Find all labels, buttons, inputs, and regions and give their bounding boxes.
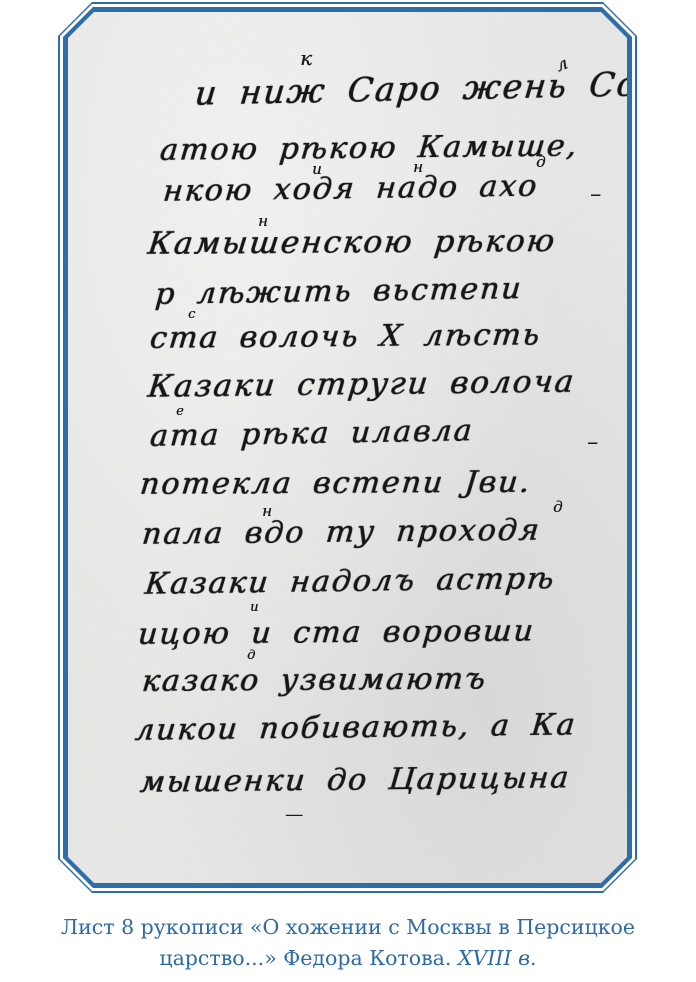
flourish-underline: — — [285, 804, 303, 825]
frame-gap: и ниж Саро жень Сожл атою рѣкою Камыше, … — [60, 4, 635, 891]
manuscript-line: атою рѣкою Камыше, — [158, 129, 579, 168]
margin-dash: – — [587, 430, 598, 455]
caption: Лист 8 рукописи «О хожении с Москвы в Пе… — [0, 912, 696, 974]
caption-era-italic: XVIII в. — [458, 946, 537, 970]
superscript-mark: с — [188, 307, 195, 322]
manuscript-line: пала вдо ту проходя — [140, 513, 542, 552]
manuscript-line: Казаки струги волоча — [146, 364, 577, 405]
page: и ниж Саро жень Сожл атою рѣкою Камыше, … — [0, 0, 696, 982]
superscript-mark: н — [258, 212, 268, 230]
superscript-mark: е — [176, 404, 184, 419]
manuscript-photo-frame: и ниж Саро жень Сожл атою рѣкою Камыше, … — [58, 2, 637, 893]
superscript-mark: и — [312, 160, 322, 178]
manuscript-line: потекла встепи Јви. — [138, 465, 533, 502]
superscript-mark: н — [413, 158, 423, 176]
superscript-mark: д — [247, 648, 255, 663]
margin-dash: – — [590, 182, 601, 207]
caption-line-1: Лист 8 рукописи «О хожении с Москвы в Пе… — [61, 915, 635, 939]
manuscript-line: ата рѣка илавла — [149, 413, 475, 454]
superscript-mark: к — [300, 46, 312, 70]
manuscript-line: р лѣжить вьстепи — [154, 271, 524, 312]
superscript-mark: д — [553, 498, 563, 516]
manuscript-line: нкою ходя надо ахо — [161, 169, 539, 209]
manuscript-line: ликои побивають, а Ка — [133, 708, 578, 748]
frame-inner-border: и ниж Саро жень Сожл атою рѣкою Камыше, … — [63, 7, 632, 888]
superscript-mark: д — [536, 153, 546, 171]
manuscript-line: Казаки надолъ астрѣ — [143, 561, 557, 602]
manuscript-line: ицою и ста воровши — [137, 614, 537, 652]
manuscript-line: казако узвимаютъ — [140, 662, 488, 699]
manuscript-line: ста волочь Х лѣсть — [148, 318, 542, 356]
manuscript-line: Камышенскою рѣкою — [146, 223, 558, 262]
caption-line-2: царство...» Федора Котова. — [159, 946, 458, 970]
manuscript-photo: и ниж Саро жень Сожл атою рѣкою Камыше, … — [68, 12, 627, 883]
superscript-mark: и — [250, 600, 258, 615]
superscript-mark: н — [262, 502, 272, 520]
manuscript-line: мышенки до Царицына — [138, 760, 572, 800]
